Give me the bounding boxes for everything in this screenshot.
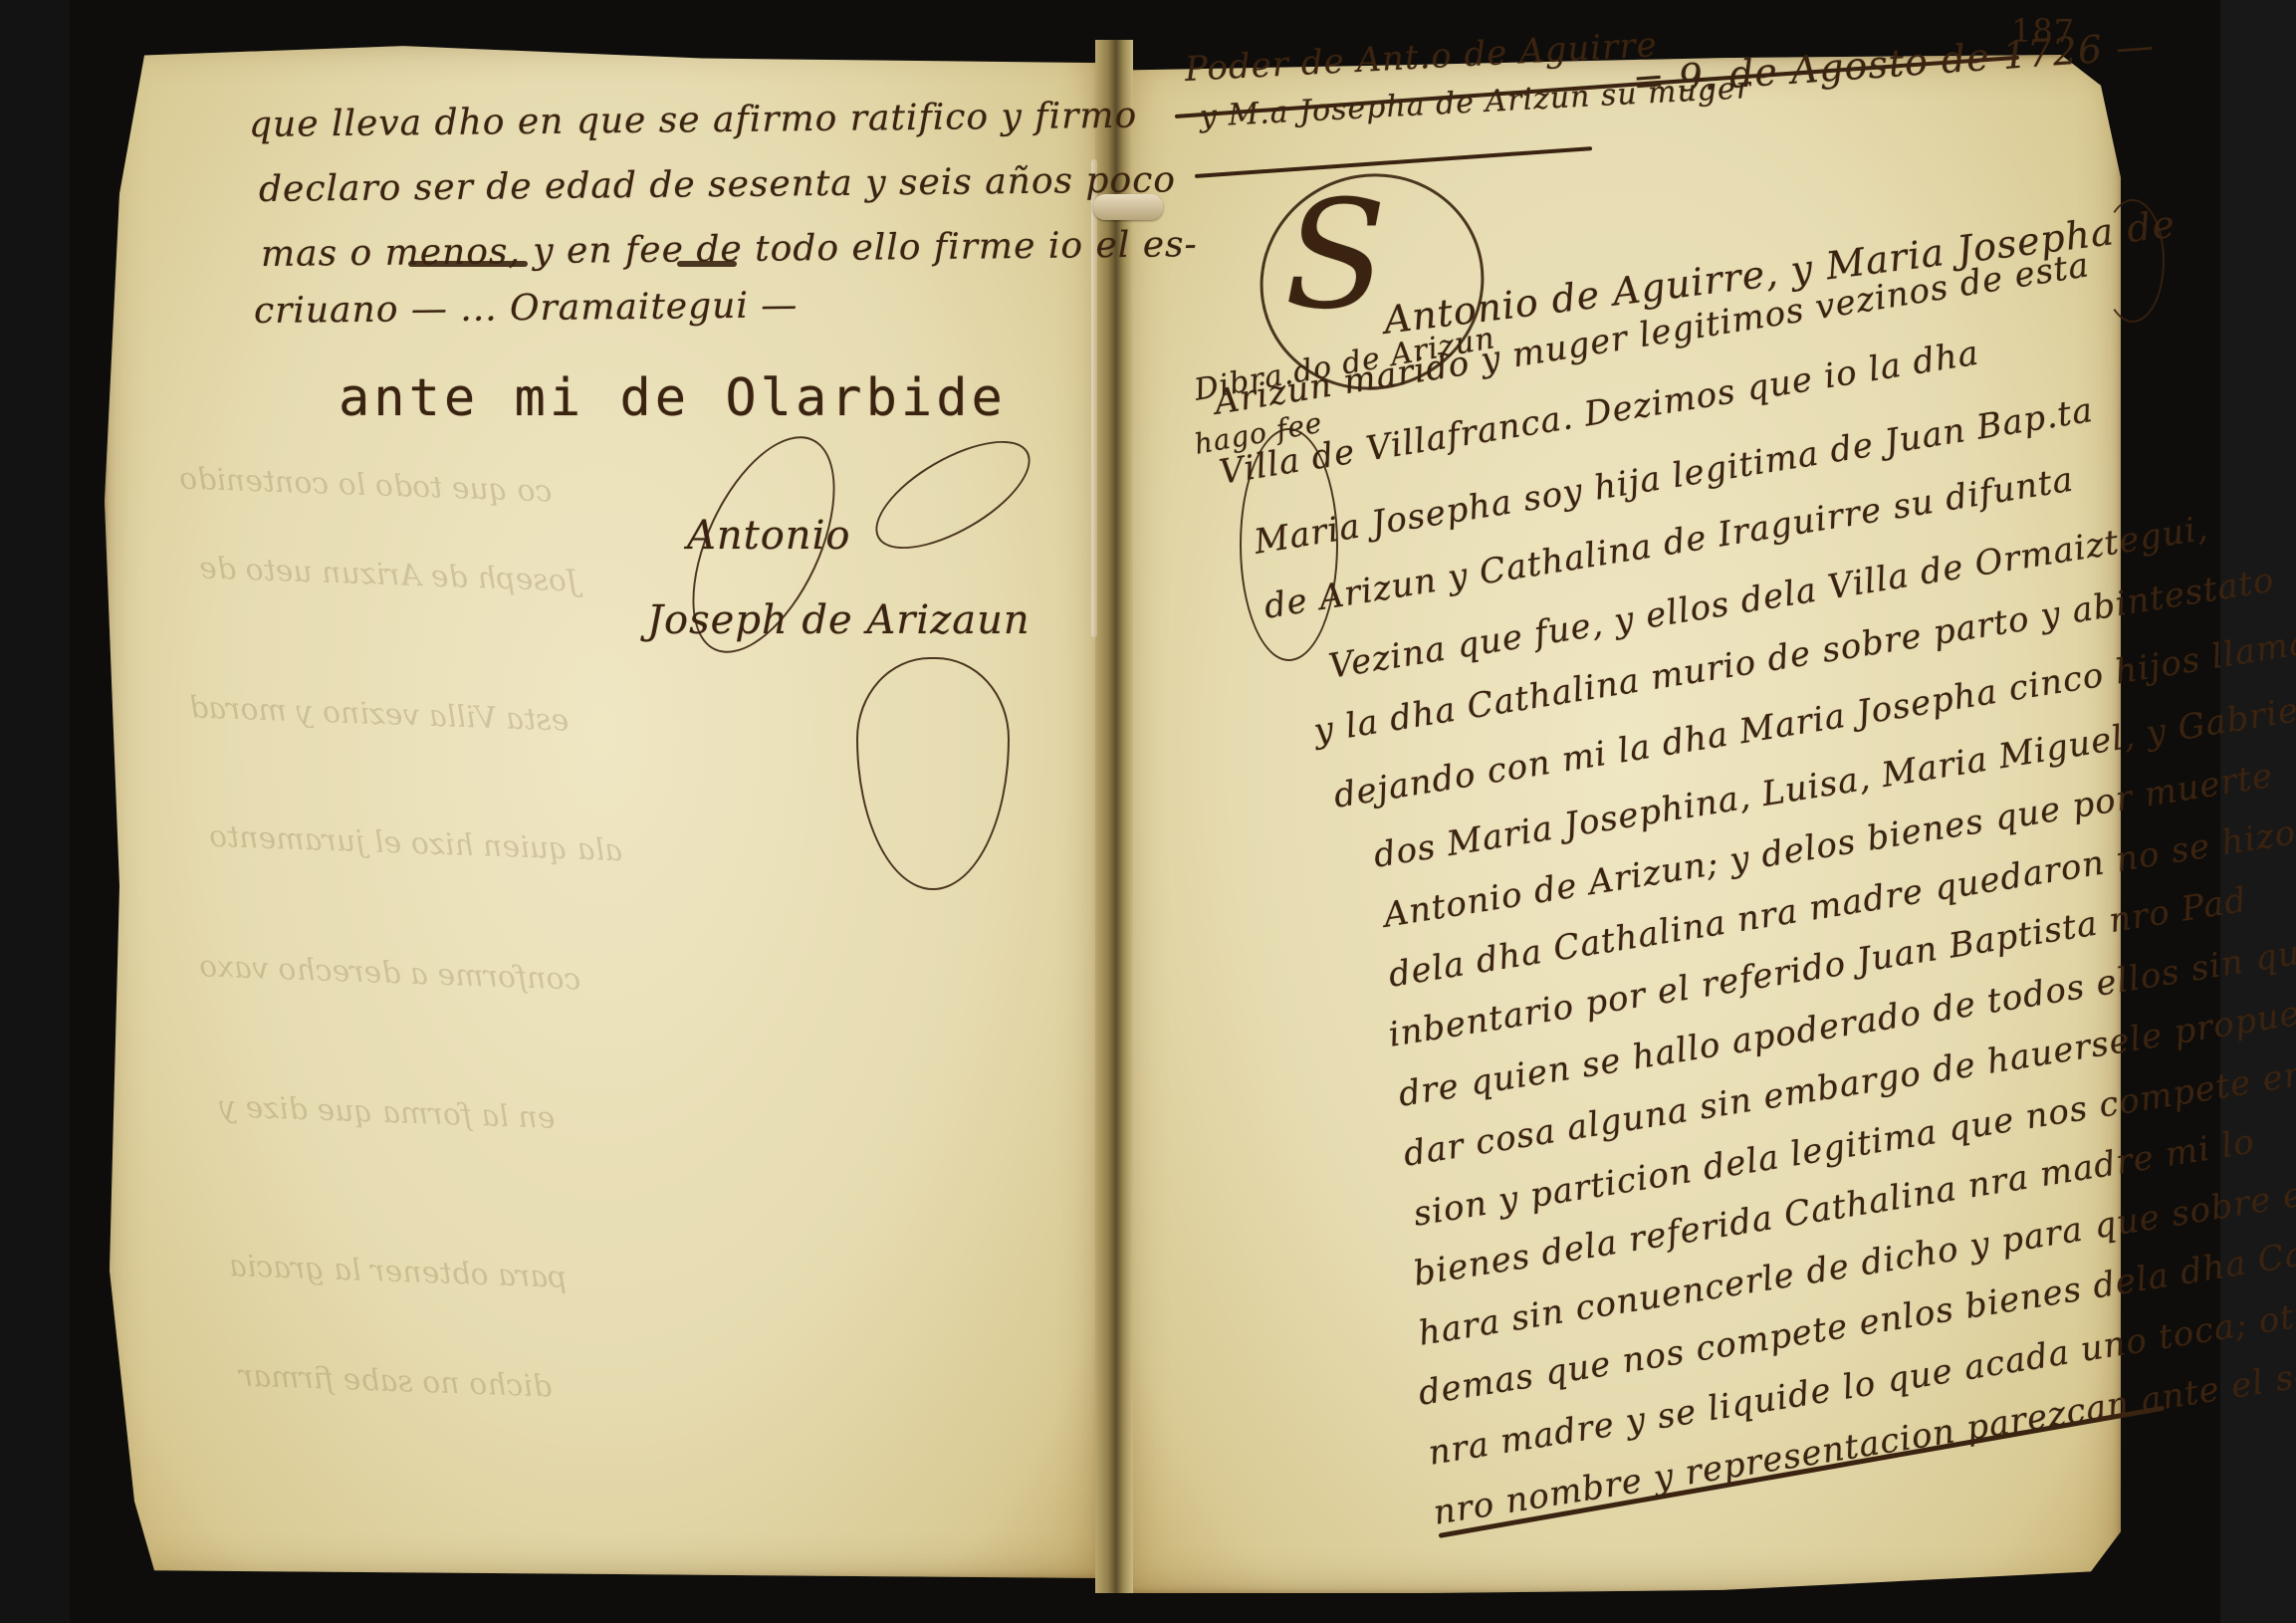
underline-flourish: [677, 261, 737, 267]
signature-antonio: Antonio: [687, 513, 850, 559]
large-initial: S: [1284, 169, 1388, 343]
scan-stage: co que todo lo contenido Joseph de Arizu…: [0, 0, 2296, 1623]
underline-flourish: [408, 261, 528, 267]
notary-attestation: ante mi de Olarbide: [339, 368, 1007, 428]
signature-joseph: Joseph de Arizaun: [647, 597, 1031, 643]
left-text-line: criuano — ... Oramaitegui —: [254, 285, 799, 332]
book-gutter: [1095, 40, 1133, 1593]
